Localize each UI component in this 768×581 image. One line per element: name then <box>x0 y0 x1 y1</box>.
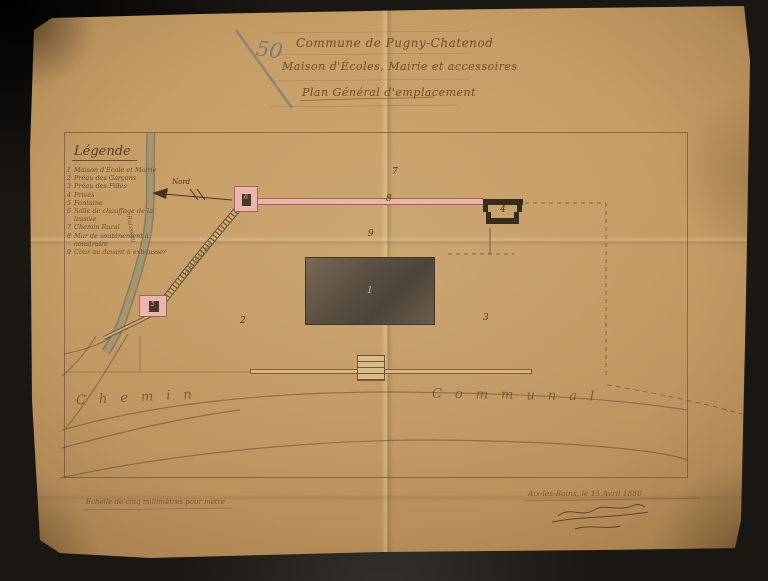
retaining-wall-bar <box>256 198 484 205</box>
road-label-right: Communal <box>432 386 607 404</box>
blue-pencil-number: 50 <box>254 36 284 63</box>
marker-6: 6 <box>244 194 248 201</box>
upper-basin: 6 <box>234 186 258 212</box>
legend-item: 5Fontaine <box>64 199 176 207</box>
marker-2: 2 <box>240 316 246 326</box>
photographed-plan-document: Commune de Pugny-Chatenod Maison d'École… <box>0 0 768 581</box>
marker-8: 8 <box>386 194 392 204</box>
legend-item: 6Salle de chauffage de la lessive <box>64 207 176 223</box>
plan-subtitle: Plan Général d'emplacement <box>302 86 476 99</box>
front-wall <box>250 369 532 374</box>
legend-item: 7Chemin Rural <box>64 223 176 231</box>
marker-4: 4 <box>500 205 506 215</box>
marker-1: 1 <box>367 286 373 296</box>
marker-7: 7 <box>392 167 398 177</box>
legend-title: Légende <box>72 144 137 161</box>
fountain-basin: 5 <box>139 295 167 317</box>
date-line: Aix-les-Bains, le 15 Avril 1880 <box>528 489 642 498</box>
legend: Légende 1Maison d'École et Mairie 2Préau… <box>64 140 176 256</box>
legend-list: 1Maison d'École et Mairie 2Préau des Gar… <box>64 166 176 256</box>
privies-structure: 4 <box>483 196 525 228</box>
legend-item: 1Maison d'École et Mairie <box>64 166 176 174</box>
legend-item: 8Mur de soutènement à construire <box>64 232 176 248</box>
school-building: 1 <box>305 257 435 325</box>
legend-item: 3Préau des Filles <box>64 182 176 190</box>
marker-3: 3 <box>483 313 489 323</box>
legend-item: 2Préau des Garçons <box>64 174 176 182</box>
entrance-steps <box>357 355 385 381</box>
marker-5: 5 <box>151 301 155 308</box>
north-label: Nord <box>172 178 190 186</box>
marker-9: 9 <box>368 229 374 239</box>
scale-note: Echelle de cinq millimètres pour mètre <box>86 498 225 506</box>
building-subtitle: Maison d'Écoles, Mairie et accessoires <box>282 60 518 73</box>
legend-item: 9Cour au devant à exhausser <box>64 248 176 256</box>
commune-title: Commune de Pugny-Chatenod <box>296 36 493 50</box>
legend-item: 4Privés <box>64 191 176 199</box>
